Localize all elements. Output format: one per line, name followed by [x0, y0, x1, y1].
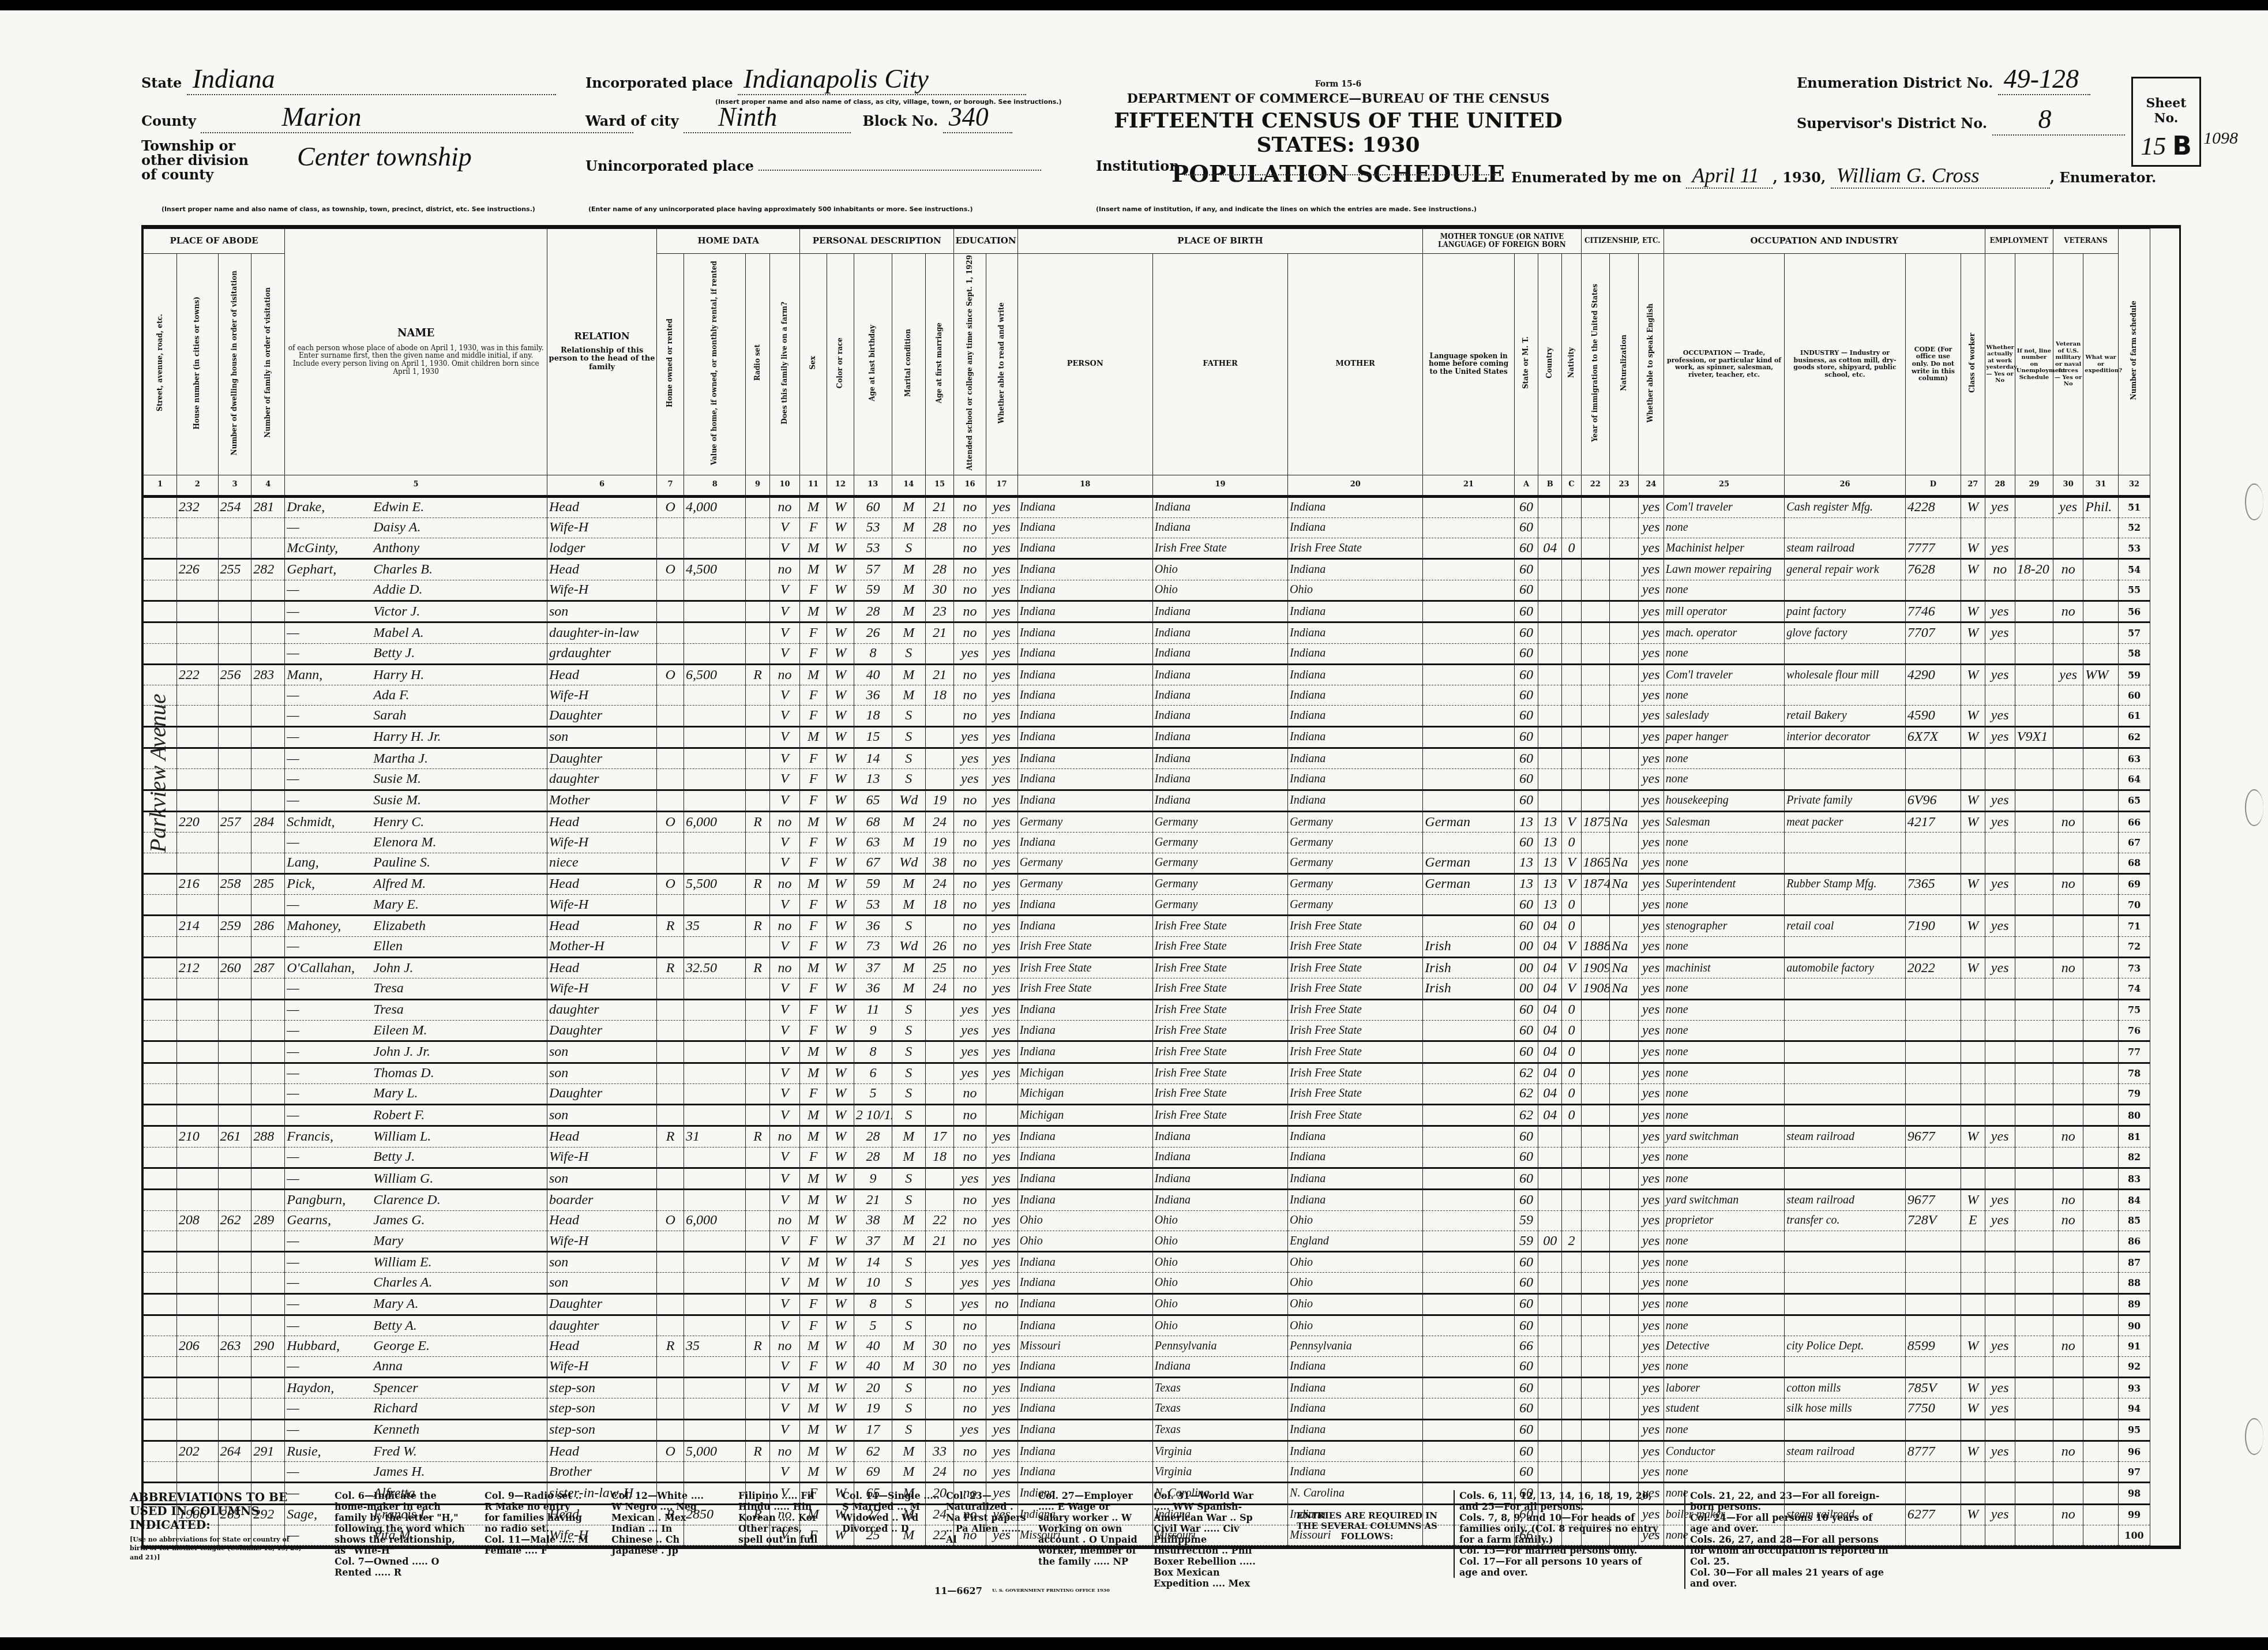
mother-cell: Ohio [1288, 580, 1423, 601]
name-cell: —Daisy A. [285, 517, 547, 538]
radio-cell [746, 1419, 769, 1441]
given-name: Spencer [373, 1381, 418, 1396]
age-cell: 21 [854, 1190, 892, 1210]
value-cell [684, 1041, 745, 1063]
marital-cell: Wd [892, 790, 925, 811]
unincorporated-note: (Enter name of any unincorporated place … [588, 205, 972, 213]
family-cell: 283 [251, 664, 285, 685]
age-cell: 40 [854, 1336, 892, 1356]
read-cell: yes [986, 1336, 1017, 1356]
given-name: Alfred M. [373, 876, 426, 891]
line-number: 89 [2118, 1293, 2150, 1315]
codeC-cell [1562, 1356, 1581, 1377]
english-cell: yes [1638, 769, 1664, 790]
radio-cell: R [746, 1336, 769, 1356]
relation-cell: son [547, 1252, 656, 1273]
name-cell: O'Callahan,John J. [285, 958, 547, 978]
value-cell [684, 1252, 745, 1273]
unemp-cell [2015, 1020, 2053, 1041]
column-number: A [1514, 475, 1538, 496]
mother-cell: Indiana [1288, 496, 1423, 517]
unemp-cell [2015, 1273, 2053, 1293]
relation-cell: lodger [547, 538, 656, 559]
industry-cell [1785, 1356, 1905, 1377]
codeA-cell: 60 [1514, 726, 1538, 748]
vet-cell [2053, 1252, 2083, 1273]
war-cell [2083, 1398, 2119, 1419]
house-cell [177, 936, 218, 957]
lang-cell [1423, 706, 1514, 726]
work-cell [1985, 853, 2015, 873]
relation-cell: Head [547, 1336, 656, 1356]
census-rows: 232254281Drake,Edwin E.HeadO4,000noMW60M… [144, 496, 2179, 1546]
given-name: Martha J. [373, 751, 428, 766]
street-cell [144, 1273, 177, 1293]
school-cell: no [954, 559, 986, 580]
english-cell: yes [1638, 1041, 1664, 1063]
surname: Pick, [287, 876, 373, 892]
codeA-cell: 60 [1514, 1147, 1538, 1168]
name-cell: —Ellen [285, 936, 547, 957]
school-cell: yes [954, 1293, 986, 1315]
industry-cell [1785, 936, 1905, 957]
radio-cell [746, 1377, 769, 1398]
family-cell [251, 643, 285, 664]
radio-cell: R [746, 1126, 769, 1147]
occupation-cell: saleslady [1664, 706, 1784, 726]
codeA-cell: 13 [1514, 811, 1538, 832]
war-cell [2083, 1020, 2119, 1041]
industry-cell [1785, 643, 1905, 664]
work-cell [1985, 978, 2015, 999]
farm-cell: V [769, 1168, 799, 1190]
radio-cell [746, 601, 769, 622]
unemp-cell [2015, 538, 2053, 559]
street-cell [144, 1377, 177, 1398]
vet-cell [2053, 1020, 2083, 1041]
value-cell [684, 706, 745, 726]
street-cell [144, 643, 177, 664]
marital-cell: S [892, 1419, 925, 1441]
farm-cell: V [769, 832, 799, 853]
col-15-label: Age at first marriage [936, 322, 944, 403]
col-2-header: House number (in cities or towns) [177, 254, 218, 475]
father-cell: Indiana [1152, 1168, 1287, 1190]
house-cell [177, 1147, 218, 1168]
read-cell: yes [986, 1252, 1017, 1273]
immig-cell [1581, 1190, 1610, 1210]
col-17-header: Whether able to read and write [986, 254, 1017, 475]
farm-cell: V [769, 978, 799, 999]
street-cell [144, 1041, 177, 1063]
codeC-cell [1562, 1315, 1581, 1336]
tenure-cell [657, 706, 684, 726]
natur-cell [1610, 601, 1639, 622]
immig-cell [1581, 643, 1610, 664]
codeD-cell: 7750 [1905, 1398, 1961, 1419]
codeA-cell: 60 [1514, 706, 1538, 726]
given-name: Harry H. Jr. [373, 729, 441, 744]
lang-cell [1423, 769, 1514, 790]
age-marr-cell [925, 748, 954, 769]
name-cell: —Anna [285, 1356, 547, 1377]
father-cell: Virginia [1152, 1462, 1287, 1483]
tenure-cell [657, 1377, 684, 1398]
family-cell [251, 1419, 285, 1441]
work-cell [1985, 936, 2015, 957]
table-row: 226255282Gephart,Charles B.HeadO4,500noM… [144, 559, 2179, 580]
vet-cell: yes [2053, 664, 2083, 685]
binder-hole [2245, 1418, 2263, 1455]
printer-line: U. S. GOVERNMENT PRINTING OFFICE 1930 [992, 1587, 1110, 1593]
sex-cell: F [800, 895, 827, 916]
radio-cell [746, 1020, 769, 1041]
house-cell [177, 622, 218, 643]
english-cell: yes [1638, 811, 1664, 832]
surname: — [287, 1171, 373, 1187]
tenure-cell: O [657, 811, 684, 832]
value-cell: 31 [684, 1126, 745, 1147]
war-cell [2083, 726, 2119, 748]
immig-cell [1581, 999, 1610, 1020]
table-row: —Susie M.MotherVFW65Wd19noyesIndianaIndi… [144, 790, 2179, 811]
binder-hole [2245, 789, 2263, 826]
family-cell [251, 1083, 285, 1104]
radio-cell [746, 1147, 769, 1168]
industry-cell: Rubber Stamp Mfg. [1785, 873, 1905, 894]
unemp-cell [2015, 748, 2053, 769]
marital-cell: M [892, 1336, 925, 1356]
marital-cell: S [892, 1377, 925, 1398]
col-12-header: Color or race [827, 254, 854, 475]
mother-cell: Indiana [1288, 1190, 1423, 1210]
marital-cell: M [892, 1462, 925, 1483]
marital-cell: S [892, 706, 925, 726]
age-cell: 36 [854, 978, 892, 999]
footer-col9: Col. 9—Radio set .. R Make no entry for … [485, 1490, 588, 1556]
read-cell: yes [986, 1462, 1017, 1483]
street-cell [144, 895, 177, 916]
house-cell [177, 1168, 218, 1190]
school-cell: no [954, 664, 986, 685]
name-cell: —William E. [285, 1252, 547, 1273]
street-cell [144, 958, 177, 978]
column-number: 26 [1785, 475, 1905, 496]
read-cell: yes [986, 1063, 1017, 1083]
sex-cell: M [800, 496, 827, 517]
name-cell: —Tresa [285, 999, 547, 1020]
col-18-header: PERSON [1017, 254, 1152, 475]
state-label: State [141, 74, 182, 91]
surname: — [287, 625, 373, 641]
english-cell: yes [1638, 1147, 1664, 1168]
line-number: 97 [2118, 1462, 2150, 1483]
line-number: 63 [2118, 748, 2150, 769]
dwelling-cell [218, 1190, 251, 1210]
relation-cell: son [547, 1063, 656, 1083]
codeC-cell [1562, 1210, 1581, 1231]
class-cell [1961, 978, 1985, 999]
radio-cell [746, 1252, 769, 1273]
line-number: 100 [2118, 1525, 2150, 1546]
house-cell [177, 790, 218, 811]
lang-cell [1423, 1377, 1514, 1398]
immig-cell [1581, 580, 1610, 601]
sex-cell: M [800, 1377, 827, 1398]
name-cell: —Martha J. [285, 748, 547, 769]
english-cell: yes [1638, 1462, 1664, 1483]
marital-cell: M [892, 601, 925, 622]
line-number: 52 [2118, 517, 2150, 538]
natur-cell [1610, 1083, 1639, 1104]
family-cell [251, 1020, 285, 1041]
unemp-cell [2015, 664, 2053, 685]
family-cell [251, 1398, 285, 1419]
house-cell: 206 [177, 1336, 218, 1356]
vet-cell: no [2053, 1336, 2083, 1356]
col-D-label: CODE (For office use only. Do not write … [1907, 346, 1959, 382]
work-cell [1985, 1168, 2015, 1190]
age-cell: 38 [854, 1210, 892, 1231]
value-cell [684, 936, 745, 957]
line-number: 90 [2118, 1315, 2150, 1336]
immig-cell [1581, 601, 1610, 622]
value-cell [684, 1147, 745, 1168]
war-cell [2083, 1293, 2119, 1315]
name-cell: —Mary [285, 1231, 547, 1251]
name-instructions: of each person whose place of abode on A… [286, 344, 546, 376]
occupation-cell: none [1664, 853, 1784, 873]
codeB-cell [1538, 601, 1562, 622]
codeB-cell [1538, 1356, 1562, 1377]
codeC-cell [1562, 601, 1581, 622]
name-cell: Mahoney,Elizabeth [285, 916, 547, 936]
street-cell [144, 1105, 177, 1126]
codeD-cell: 6X7X [1905, 726, 1961, 748]
age-cell: 69 [854, 1462, 892, 1483]
surname: O'Callahan, [287, 961, 373, 976]
codeD-cell [1905, 895, 1961, 916]
father-cell: Germany [1152, 811, 1287, 832]
class-cell [1961, 853, 1985, 873]
age-marr-cell: 28 [925, 559, 954, 580]
name-cell: Hubbard,George E. [285, 1336, 547, 1356]
name-cell: Pick,Alfred M. [285, 873, 547, 894]
dwelling-cell [218, 1105, 251, 1126]
school-cell: no [954, 1231, 986, 1251]
codeB-cell [1538, 496, 1562, 517]
family-cell [251, 1147, 285, 1168]
surname: — [287, 1464, 373, 1480]
radio-cell [746, 1273, 769, 1293]
father-cell: Indiana [1152, 517, 1287, 538]
natur-cell [1610, 643, 1639, 664]
father-cell: Indiana [1152, 622, 1287, 643]
dwelling-cell [218, 978, 251, 999]
father-cell: Irish Free State [1152, 916, 1287, 936]
unemp-cell [2015, 1462, 2053, 1483]
unemp-cell [2015, 1105, 2053, 1126]
age-marr-cell [925, 1083, 954, 1104]
marital-cell: S [892, 1273, 925, 1293]
radio-cell [746, 1190, 769, 1210]
relation-cell: step-son [547, 1419, 656, 1441]
relation-cell: son [547, 1168, 656, 1190]
dwelling-cell: 262 [218, 1210, 251, 1231]
birth-cell: Indiana [1017, 1419, 1152, 1441]
dwelling-cell [218, 1041, 251, 1063]
name-cell: —William G. [285, 1168, 547, 1190]
mother-cell: Indiana [1288, 1126, 1423, 1147]
codeD-cell: 4290 [1905, 664, 1961, 685]
immig-cell [1581, 517, 1610, 538]
war-cell [2083, 895, 2119, 916]
age-marr-cell: 17 [925, 1126, 954, 1147]
given-name: Susie M. [373, 793, 421, 808]
tenure-cell [657, 1063, 684, 1083]
lang-cell [1423, 559, 1514, 580]
abbreviations-block: ABBREVIATIONS TO BE USED IN COLUMNS INDI… [130, 1490, 303, 1562]
mother-cell: Indiana [1288, 685, 1423, 706]
work-cell: yes [1985, 601, 2015, 622]
lang-cell: Irish [1423, 958, 1514, 978]
codeD-cell [1905, 853, 1961, 873]
relation-cell: Wife-H [547, 517, 656, 538]
col-20-label: MOTHER [1289, 360, 1421, 369]
codeB-cell [1538, 790, 1562, 811]
mother-cell: Irish Free State [1288, 999, 1423, 1020]
unemp-cell [2015, 643, 2053, 664]
unemp-cell [2015, 1525, 2053, 1546]
war-cell [2083, 559, 2119, 580]
war-cell [2083, 1252, 2119, 1273]
name-cell: McGinty,Anthony [285, 538, 547, 559]
read-cell: yes [986, 1168, 1017, 1190]
name-cell: —John J. Jr. [285, 1041, 547, 1063]
english-cell: yes [1638, 1252, 1664, 1273]
col-18-label: PERSON [1019, 360, 1151, 369]
occupation-cell: none [1664, 1231, 1784, 1251]
industry-cell: retail Bakery [1785, 706, 1905, 726]
codeB-cell [1538, 1315, 1562, 1336]
family-cell: 286 [251, 916, 285, 936]
line-number: 86 [2118, 1231, 2150, 1251]
tenure-cell [657, 895, 684, 916]
given-name: Richard [373, 1401, 417, 1416]
birth-cell: Irish Free State [1017, 978, 1152, 999]
sex-cell: M [800, 664, 827, 685]
dwelling-cell [218, 895, 251, 916]
farm-cell: no [769, 958, 799, 978]
relation-cell: Head [547, 1441, 656, 1461]
given-name: Victor J. [373, 604, 420, 619]
codeB-cell [1538, 622, 1562, 643]
codeA-cell: 60 [1514, 517, 1538, 538]
father-cell: Ohio [1152, 580, 1287, 601]
radio-cell [746, 936, 769, 957]
lang-cell [1423, 1315, 1514, 1336]
tenure-cell: R [657, 1126, 684, 1147]
mother-cell: Indiana [1288, 726, 1423, 748]
codeA-cell: 00 [1514, 978, 1538, 999]
english-cell: yes [1638, 1210, 1664, 1231]
class-cell: W [1961, 538, 1985, 559]
dwelling-cell: 255 [218, 559, 251, 580]
war-cell [2083, 1083, 2119, 1104]
line-number: 79 [2118, 1083, 2150, 1104]
mother-cell: Irish Free State [1288, 978, 1423, 999]
race-cell: W [827, 1293, 854, 1315]
house-cell [177, 601, 218, 622]
industry-cell [1785, 1315, 1905, 1336]
line-number: 64 [2118, 769, 2150, 790]
name-cell: Gephart,Charles B. [285, 559, 547, 580]
street-cell [144, 1231, 177, 1251]
unemp-cell [2015, 1419, 2053, 1441]
sheet-label: Sheet No. [2133, 96, 2199, 126]
work-cell [1985, 1462, 2015, 1483]
natur-cell: Na [1610, 958, 1639, 978]
farm-cell: V [769, 853, 799, 873]
mother-cell: Irish Free State [1288, 936, 1423, 957]
war-cell [2083, 1356, 2119, 1377]
codeC-cell [1562, 1419, 1581, 1441]
age-cell: 28 [854, 1126, 892, 1147]
occupation-cell: none [1664, 1041, 1784, 1063]
block-value: 340 [949, 102, 989, 132]
line-number: 51 [2118, 496, 2150, 517]
dwelling-cell: 263 [218, 1336, 251, 1356]
radio-cell: R [746, 916, 769, 936]
codeD-cell [1905, 769, 1961, 790]
industry-cell [1785, 1252, 1905, 1273]
read-cell: yes [986, 1419, 1017, 1441]
class-cell: W [1961, 496, 1985, 517]
industry-cell: general repair work [1785, 559, 1905, 580]
tenure-cell [657, 769, 684, 790]
war-cell [2083, 538, 2119, 559]
war-cell [2083, 1441, 2119, 1461]
sex-cell: M [800, 1063, 827, 1083]
natur-cell [1610, 685, 1639, 706]
radio-cell [746, 538, 769, 559]
english-cell: yes [1638, 538, 1664, 559]
immig-cell: 1888 [1581, 936, 1610, 957]
class-cell: W [1961, 1377, 1985, 1398]
marital-cell: S [892, 1020, 925, 1041]
codeB-cell [1538, 1293, 1562, 1315]
war-cell: WW [2083, 664, 2119, 685]
natur-cell [1610, 1356, 1639, 1377]
relation-cell: daughter [547, 1315, 656, 1336]
radio-cell [746, 1210, 769, 1231]
radio-cell [746, 790, 769, 811]
farm-cell: V [769, 1041, 799, 1063]
read-cell: yes [986, 873, 1017, 894]
name-cell: —Addie D. [285, 580, 547, 601]
value-cell [684, 601, 745, 622]
birth-cell: Missouri [1017, 1336, 1152, 1356]
occupation-cell: Com'l traveler [1664, 664, 1784, 685]
sex-cell: M [800, 538, 827, 559]
house-cell: 202 [177, 1441, 218, 1461]
codeD-cell: 7707 [1905, 622, 1961, 643]
line-number: 56 [2118, 601, 2150, 622]
immig-cell [1581, 1147, 1610, 1168]
tenure-cell [657, 580, 684, 601]
birth-cell: Indiana [1017, 517, 1152, 538]
natur-cell [1610, 580, 1639, 601]
